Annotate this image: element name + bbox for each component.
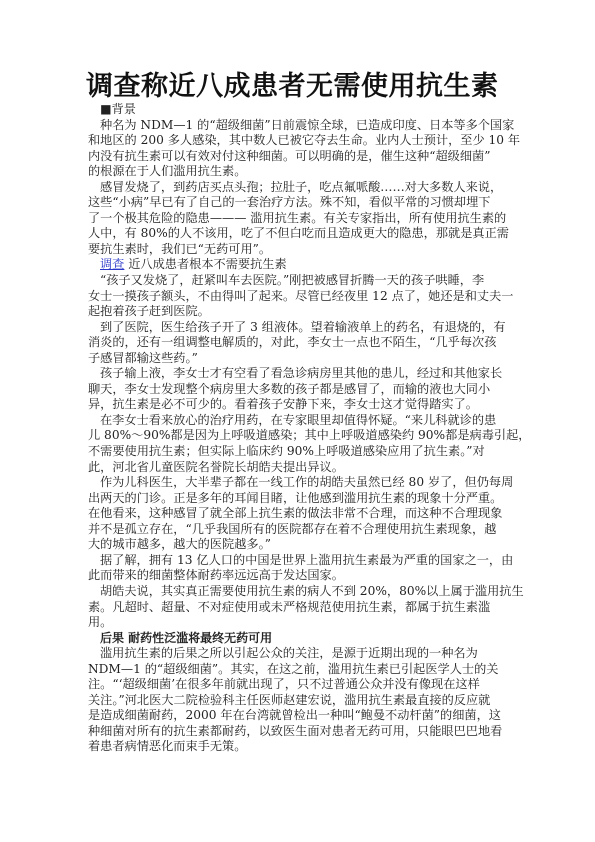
text-line: 种细菌对所有的抗生素都耐药，以致医生面对患者无药可用，只能眼巴巴地看 xyxy=(88,724,514,740)
text-line: 这些“小病”早已有了自己的一套治疗方法。殊不知，看似平常的习惯却埋下 xyxy=(88,195,514,211)
text-line: 滥用抗生素的后果之所以引起公众的关注，是源于近期出现的一种名为 xyxy=(88,646,514,662)
text-line: 人中，有 80%的人不该用，吃了不但白吃而且造成更大的隐患，那就是真正需 xyxy=(88,226,514,242)
text-line: NDM—1 的“超级细菌”。其实，在这之前，滥用抗生素已引起医学人士的关 xyxy=(88,662,514,678)
text-line: 是造成细菌耐药，2000 年在台湾就曾检出一种叫“鲍曼不动杆菌”的细菌，这 xyxy=(88,708,514,724)
text-line: 此，河北省儿童医院名誉院长胡皓夫提出异议。 xyxy=(88,460,514,476)
text-line: 作为儿科医生，大半辈子都在一线工作的胡皓夫虽然已经 80 岁了，但仍每周 xyxy=(88,475,514,491)
text-line: 孩子输上液，李女士才有空看了看急诊病房里其他的患儿，经过和其他家长 xyxy=(88,366,514,382)
text-line: 消炎的，还有一组调整电解质的，对此，李女士一点也不陌生，“几乎每次孩 xyxy=(88,335,514,351)
text-line: 注。“‘超级细菌’在很多年前就出现了，只不过普通公众并没有像现在这样 xyxy=(88,677,514,693)
text-line: “孩子又发烧了，赶紧叫车去医院。”刚把被感冒折腾一天的孩子哄睡，李 xyxy=(88,273,514,289)
text-line: 聊天，李女士发现整个病房里大多数的孩子都是感冒了，而输的液也大同小 xyxy=(88,382,514,398)
text-line: 大的城市越多，越大的医院越多。” xyxy=(88,537,514,553)
text-line: 要抗生素时，我们已“无药可用”。 xyxy=(88,242,514,258)
text-line: 据了解，拥有 13 亿人口的中国是世界上滥用抗生素最为严重的国家之一，由 xyxy=(88,553,514,569)
text-line: 在他看来，这种感冒了就全部上抗生素的做法非常不合理，而这种不合理现象 xyxy=(88,506,514,522)
text-line: 种名为 NDM—1 的“超级细菌”日前震惊全球，已造成印度、日本等多个国家 xyxy=(88,118,514,134)
survey-subheading-text: 近八成患者根本不需要抗生素 xyxy=(124,257,286,271)
page-title: 调查称近八成患者无需使用抗生素 xyxy=(86,70,526,104)
text-line: 用。 xyxy=(88,615,514,631)
text-line: 在李女士看来放心的治疗用药，在专家眼里却值得怀疑。“来儿科就诊的患 xyxy=(88,413,514,429)
text-line: 到了医院，医生给孩子开了 3 组液体。望着输液单上的药名，有退烧的，有 xyxy=(88,320,514,336)
text-line: 的根源在于人们滥用抗生素。 xyxy=(88,164,514,180)
consequence-heading: 后果 耐药性泛滥将最终无药可用 xyxy=(88,631,514,647)
text-line: 了一个极其危险的隐患——— 滥用抗生素。有关专家指出，所有使用抗生素的 xyxy=(88,211,514,227)
consequence-paragraphs: 滥用抗生素的后果之所以引起公众的关注，是源于近期出现的一种名为NDM—1 的“超… xyxy=(88,646,514,755)
survey-subheading: 调查 近八成患者根本不需要抗生素 xyxy=(88,257,514,273)
background-paragraphs: 种名为 NDM—1 的“超级细菌”日前震惊全球，已造成印度、日本等多个国家和地区… xyxy=(88,118,514,258)
text-line: 胡皓夫说，其实真正需要使用抗生素的病人不到 20%，80%以上属于滥用抗生 xyxy=(88,584,514,600)
text-line: 起抱着孩子赶到医院。 xyxy=(88,304,514,320)
text-line: 关注。”河北医大二院检验科主任医师赵建宏说，滥用抗生素最直接的反应就 xyxy=(88,693,514,709)
document-page: 调查称近八成患者无需使用抗生素 ■背景 种名为 NDM—1 的“超级细菌”日前震… xyxy=(0,0,595,842)
text-line: 儿 80%～90%都是因为上呼吸道感染；其中上呼吸道感染约 90%都是病毒引起， xyxy=(88,428,514,444)
text-line: 内没有抗生素可以有效对付这种细菌。可以明确的是，催生这种“超级细菌” xyxy=(88,149,514,165)
text-line: 着患者病情恶化而束手无策。 xyxy=(88,739,514,755)
text-line: 子感冒都输这些药。” xyxy=(88,351,514,367)
text-line: 并不是孤立存在，“几乎我国所有的医院都存在着不合理使用抗生素现象，越 xyxy=(88,522,514,538)
survey-link[interactable]: 调查 xyxy=(100,257,124,271)
text-line: 素。凡超时、超量、不对症使用或未严格规范使用抗生素，都属于抗生素滥 xyxy=(88,600,514,616)
text-line: 异，抗生素是必不可少的。看着孩子安静下来，李女士这才觉得踏实了。 xyxy=(88,397,514,413)
text-line: 女士一摸孩子额头，不由得叫了起来。尽管已经夜里 12 点了，她还是和丈夫一 xyxy=(88,289,514,305)
section-label-background: ■背景 xyxy=(88,102,514,118)
text-line: 出两天的门诊。正是多年的耳闻目睹，让他感到滥用抗生素的现象十分严重。 xyxy=(88,491,514,507)
text-line: 不需要使用抗生素；但实际上临床约 90%上呼吸道感染应用了抗生素。”对 xyxy=(88,444,514,460)
text-line: 感冒发烧了，到药店买点头孢；拉肚子，吃点氟哌酸……对大多数人来说， xyxy=(88,180,514,196)
survey-paragraphs: “孩子又发烧了，赶紧叫车去医院。”刚把被感冒折腾一天的孩子哄睡，李女士一摸孩子额… xyxy=(88,273,514,631)
article-body: ■背景 种名为 NDM—1 的“超级细菌”日前震惊全球，已造成印度、日本等多个国… xyxy=(88,102,514,755)
text-line: 和地区的 200 多人感染，其中数人已被它夺去生命。业内人士预计，至少 10 年 xyxy=(88,133,514,149)
text-line: 此而带来的细菌整体耐药率远远高于发达国家。 xyxy=(88,568,514,584)
